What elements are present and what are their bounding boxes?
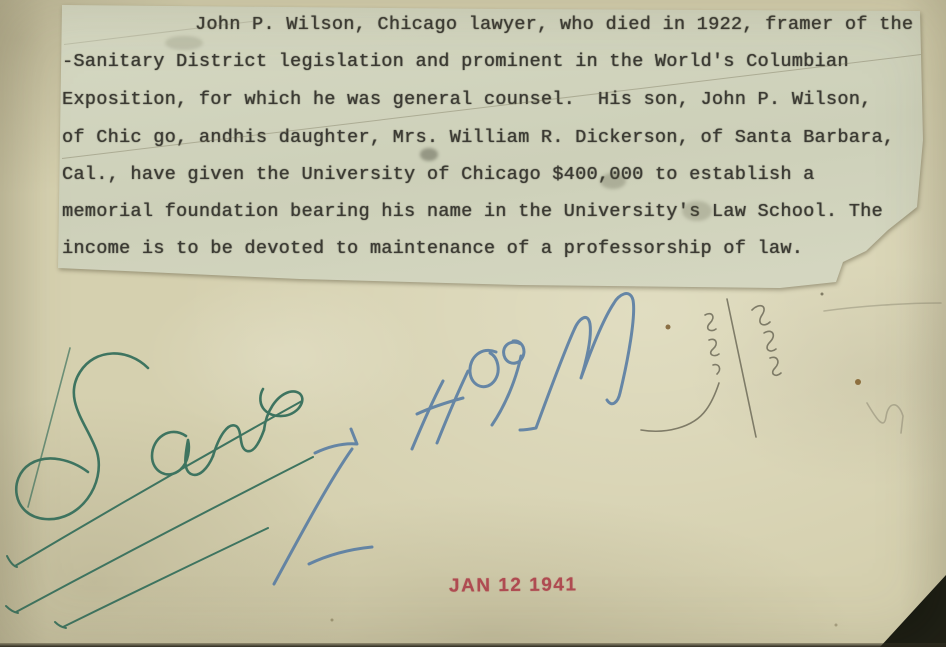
clipping-paper: John P. Wilson, Chicago lawyer, who died…: [0, 0, 946, 300]
scan-edge-shadow: [0, 643, 946, 647]
ink-smudge: [420, 148, 438, 161]
pencil-notes: [641, 299, 941, 437]
typed-line: income is to be devoted to maintenance o…: [62, 238, 942, 259]
typed-line: -Sanitary District legislation and promi…: [62, 51, 942, 72]
blue-pencil-notation: [274, 294, 634, 584]
typed-line: of Chic go, andhis daughter, Mrs. Willia…: [62, 127, 942, 148]
typed-line: memorial foundation bearing his name in …: [62, 201, 942, 222]
scan-corner-shadow: [880, 575, 946, 647]
ink-smudge: [600, 173, 626, 189]
typed-clipping: John P. Wilson, Chicago lawyer, who died…: [0, 0, 946, 300]
scanned-card: John P. Wilson, Chicago lawyer, who died…: [0, 0, 946, 647]
handwritten-save-annotation: [6, 348, 313, 628]
date-stamp: JAN 12 1941: [449, 574, 578, 597]
paper-spots: [331, 293, 862, 627]
typed-line: Cal., have given the University of Chica…: [62, 164, 942, 185]
typed-line: Exposition, for which he was general cou…: [62, 89, 942, 110]
ink-smudge: [165, 36, 203, 50]
typed-line: John P. Wilson, Chicago lawyer, who died…: [62, 14, 946, 35]
ink-smudge: [682, 201, 712, 221]
